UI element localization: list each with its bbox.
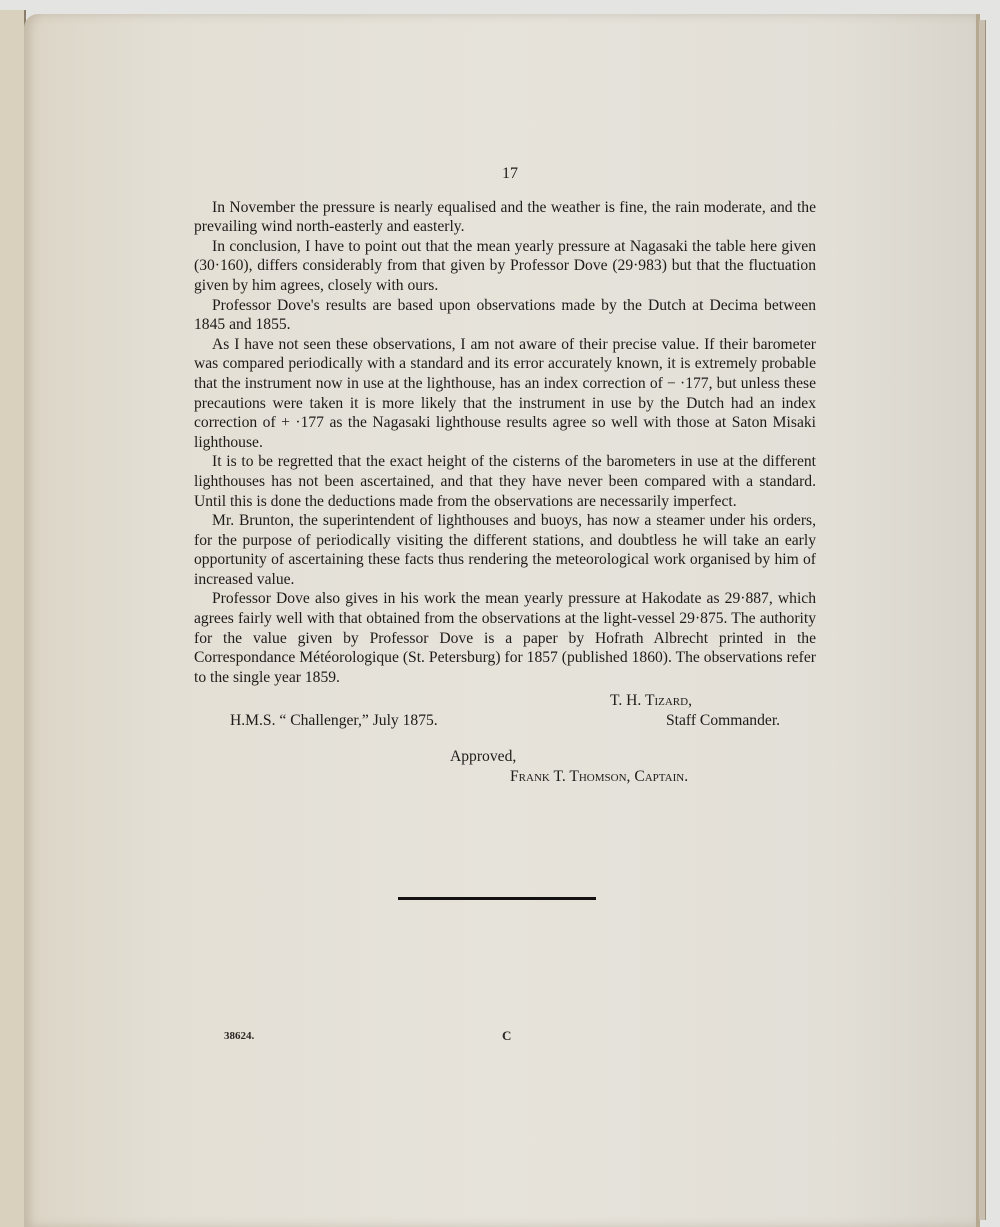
end-rule-divider [398,897,596,900]
paragraph: Mr. Brunton, the superintendent of light… [194,511,816,589]
page-number: 17 [194,164,816,184]
signatory-title: Staff Commander. [666,711,780,731]
place-date: H.M.S. “ Challenger,” July 1875. [230,711,438,731]
page-body: 17 In November the pressure is nearly eq… [194,164,816,791]
signature-block: T. H. Tizard, Staff Commander. H.M.S. “ … [194,691,816,791]
approver-name: Frank T. Thomson, Captain. [510,767,688,787]
paragraph: It is to be regretted that the exact hei… [194,452,816,511]
paragraph: Professor Dove also gives in his work th… [194,589,816,687]
paragraph: As I have not seen these observations, I… [194,335,816,453]
approved-label: Approved, [450,747,516,767]
paragraph: In conclusion, I have to point out that … [194,237,816,296]
signatory-name: T. H. Tizard, [610,691,692,711]
print-number: 38624. [224,1030,254,1042]
paragraph: Professor Dove's results are based upon … [194,296,816,335]
page-stack-edge [979,20,986,1220]
signature-mark: C [502,1028,511,1044]
left-page-edge [0,10,26,1227]
paragraph: In November the pressure is nearly equal… [194,198,816,237]
